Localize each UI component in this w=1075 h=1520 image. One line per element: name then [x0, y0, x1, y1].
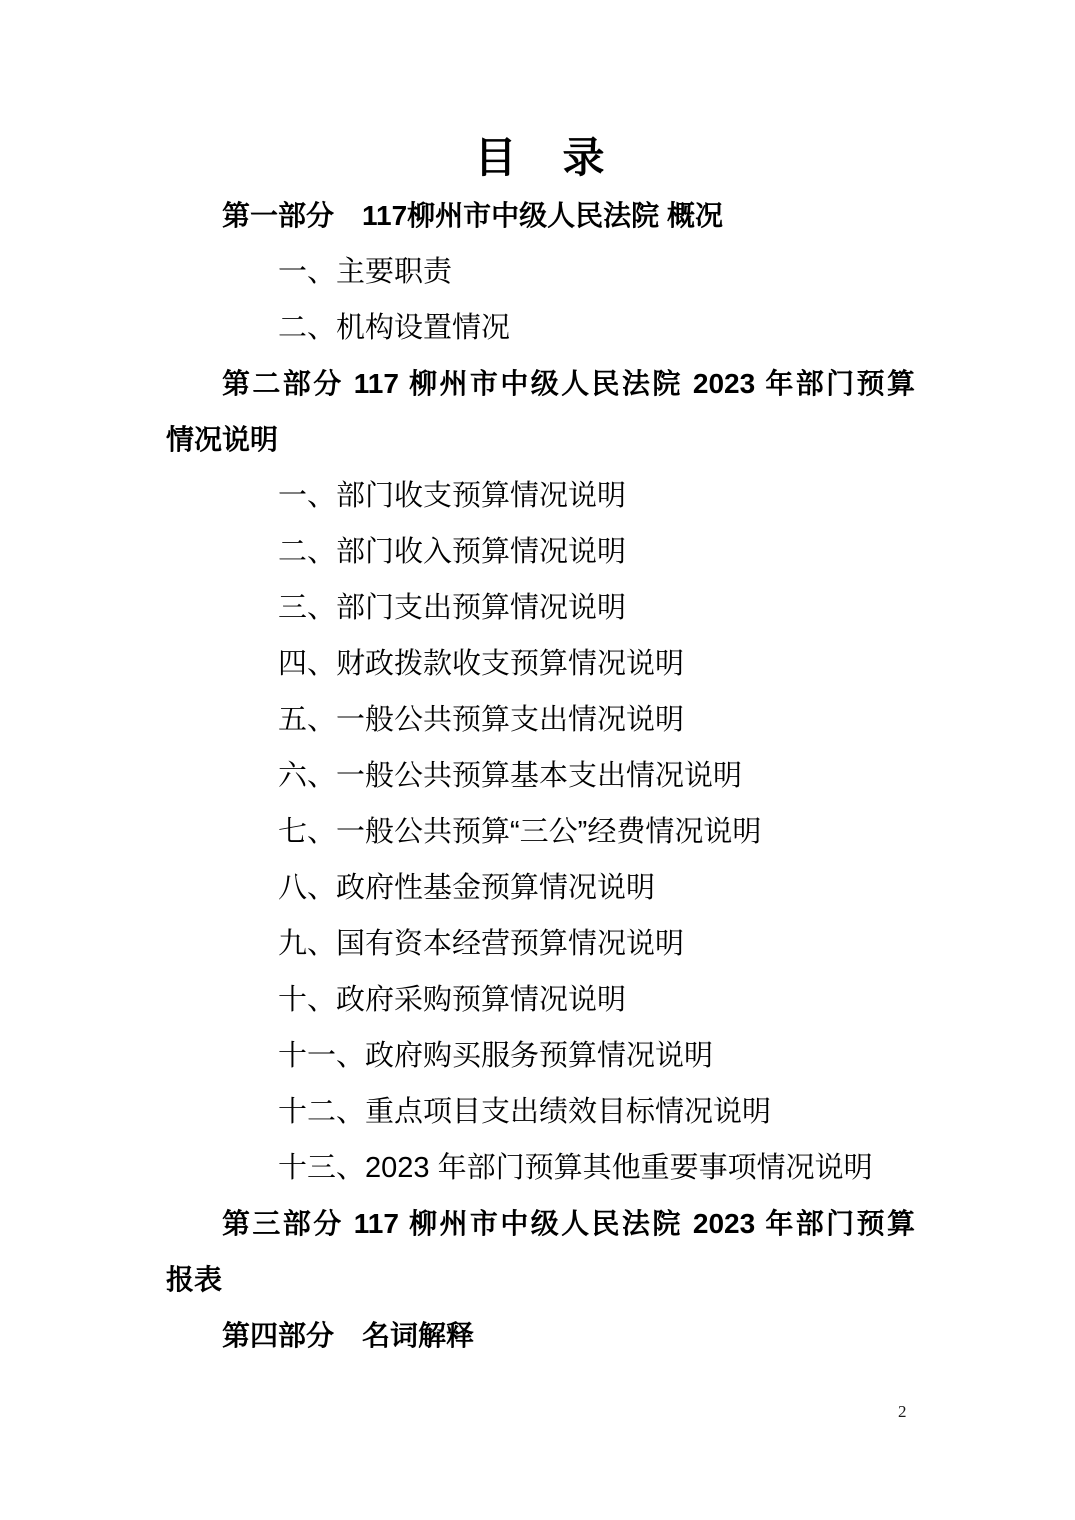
toc-part3-heading-line1: 第三部分 117 柳州市中级人民法院 2023 年部门预算 [166, 1196, 915, 1252]
document-page: 目 录 第一部分 117柳州市中级人民法院 概况 一、主要职责 二、机构设置情况… [0, 0, 1075, 1520]
toc-part2-item-8: 八、政府性基金预算情况说明 [166, 860, 915, 916]
toc-part2-item-2: 二、部门收入预算情况说明 [166, 524, 915, 580]
toc-part2-item-7: 七、一般公共预算“三公”经费情况说明 [166, 804, 915, 860]
toc-part2-item-11: 十一、政府购买服务预算情况说明 [166, 1028, 915, 1084]
toc-part2-item-5: 五、一般公共预算支出情况说明 [166, 692, 915, 748]
toc-part2-item-6: 六、一般公共预算基本支出情况说明 [166, 748, 915, 804]
toc-part2-item-1: 一、部门收支预算情况说明 [166, 468, 915, 524]
toc-part2-item-3: 三、部门支出预算情况说明 [166, 580, 915, 636]
toc-part4-heading: 第四部分 名词解释 [166, 1308, 915, 1364]
toc-part2-item-4: 四、财政拨款收支预算情况说明 [166, 636, 915, 692]
toc-part1-item-1: 一、主要职责 [166, 244, 915, 300]
toc-part2-heading-line2: 情况说明 [166, 412, 915, 468]
toc-part2-item-12: 十二、重点项目支出绩效目标情况说明 [166, 1084, 915, 1140]
page-number: 2 [898, 1400, 907, 1424]
toc-part1-item-2: 二、机构设置情况 [166, 300, 915, 356]
toc-part3-heading-line2: 报表 [166, 1252, 915, 1308]
toc-part1-heading: 第一部分 117柳州市中级人民法院 概况 [166, 188, 915, 244]
toc-title: 目 录 [166, 128, 915, 188]
toc-part2-item-10: 十、政府采购预算情况说明 [166, 972, 915, 1028]
toc-part2-item-13: 十三、2023 年部门预算其他重要事项情况说明 [166, 1140, 915, 1196]
toc-part2-item-9: 九、国有资本经营预算情况说明 [166, 916, 915, 972]
toc-part2-heading-line1: 第二部分 117 柳州市中级人民法院 2023 年部门预算 [166, 356, 915, 412]
